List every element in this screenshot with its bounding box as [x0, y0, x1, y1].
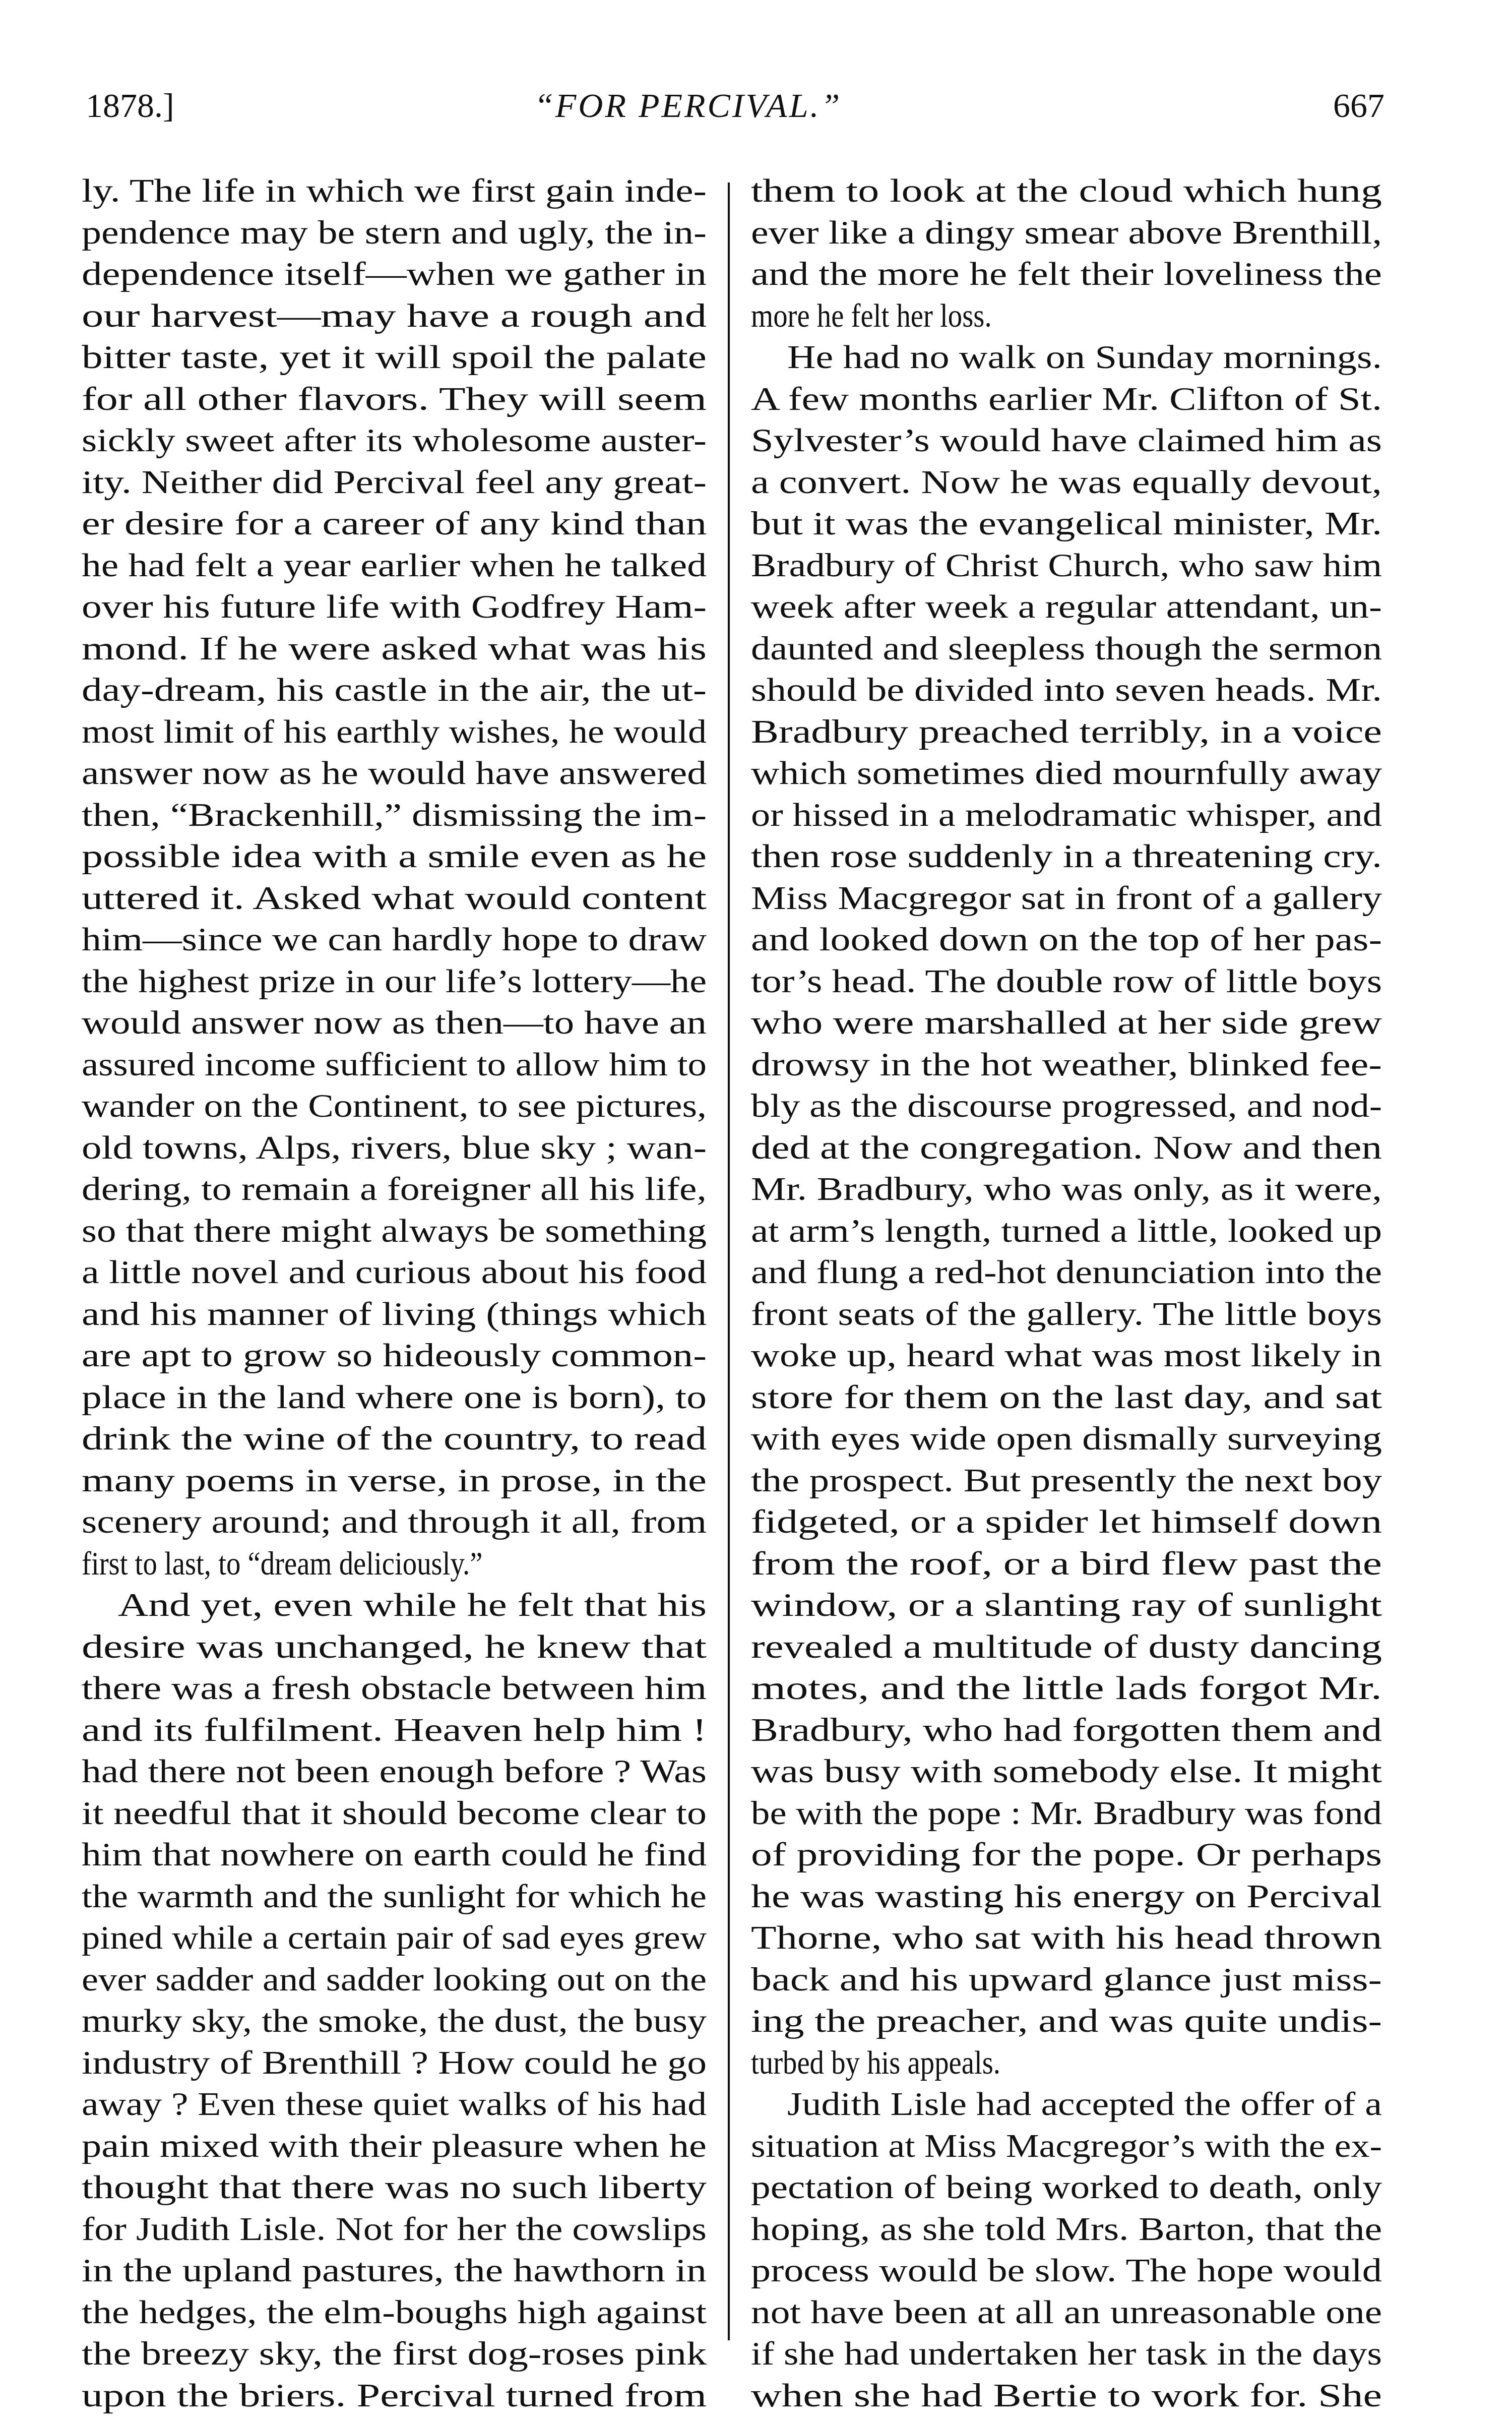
text-line: fidgeted, or a spider let himself down [751, 1501, 1382, 1543]
text-line: so that there might always be something [82, 1211, 707, 1252]
text-line: turbed by his appeals. [751, 2042, 1382, 2084]
text-line: window, or a slanting ray of sunlight [751, 1585, 1382, 1626]
right-column: them to look at the cloud which hungever… [751, 170, 1382, 2416]
text-line: who were marshalled at her side grew [751, 1002, 1382, 1044]
text-line: Miss Macgregor sat in front of a gallery [751, 878, 1382, 920]
text-line: he was wasting his energy on Percival [751, 1876, 1382, 1918]
text-line: thought that there was no such liberty [82, 2167, 707, 2209]
text-line: but it was the evangelical minister, Mr. [751, 503, 1382, 545]
text-line: of providing for the pope. Or perhaps [751, 1834, 1382, 1876]
text-line: there was a fresh obstacle between him [82, 1668, 707, 1710]
text-line: a convert. Now he was equally devout, [751, 462, 1382, 504]
text-line: upon the briers. Percival turned from [82, 2375, 707, 2417]
text-line: the prospect. But presently the next boy [751, 1460, 1382, 1502]
header-year: 1878.] [86, 86, 174, 126]
text-line: dependence itself—when we gather in [82, 254, 707, 295]
text-line: answer now as he would have answered [82, 753, 707, 795]
running-header: 1878.] “FOR PERCIVAL.” 667 [0, 76, 1512, 131]
text-line: murky sky, the smoke, the dust, the busy [82, 2001, 707, 2042]
text-line: pendence may be stern and ugly, the in- [82, 212, 707, 254]
text-line: ever like a dingy smear above Brenthill, [751, 212, 1382, 254]
text-line: it needful that it should become clear t… [82, 1793, 707, 1835]
text-line: possible idea with a smile even as he [82, 836, 707, 878]
text-line: hoping, as she told Mrs. Barton, that th… [751, 2209, 1382, 2251]
text-line: wander on the Continent, to see pictures… [82, 1085, 707, 1127]
text-line: should be divided into seven heads. Mr. [751, 670, 1382, 711]
header-title: “FOR PERCIVAL.” [534, 86, 842, 126]
text-line: desire was unchanged, he knew that [82, 1626, 707, 1668]
text-line: Judith Lisle had accepted the offer of a [751, 2084, 1382, 2126]
text-line: be with the pope : Mr. Bradbury was fond [751, 1793, 1382, 1835]
text-line: and its fulfilment. Heaven help him ! [82, 1710, 707, 1751]
text-line: first to last, to “dream deliciously.” [82, 1543, 707, 1585]
text-line: old towns, Alps, rivers, blue sky ; wan- [82, 1127, 707, 1169]
text-line: then rose suddenly in a threatening cry. [751, 836, 1382, 878]
text-line: and his manner of living (things which [82, 1294, 707, 1336]
text-line: pined while a certain pair of sad eyes g… [82, 1917, 707, 1959]
text-line: scenery around; and through it all, from [82, 1501, 707, 1543]
text-line: ing the preacher, and was quite undis- [751, 2001, 1382, 2042]
text-line: a little novel and curious about his foo… [82, 1252, 707, 1294]
text-line: week after week a regular attendant, un- [751, 586, 1382, 628]
text-line: A few months earlier Mr. Clifton of St. [751, 379, 1382, 420]
text-line: for Judith Lisle. Not for her the cowsli… [82, 2209, 707, 2251]
text-line: Bradbury, who had forgotten them and [751, 1710, 1382, 1751]
text-line: with eyes wide open dismally surveying [751, 1418, 1382, 1460]
text-line: ever sadder and sadder looking out on th… [82, 1959, 707, 2001]
text-line: the highest prize in our life’s lottery—… [82, 961, 707, 1003]
text-line: are apt to grow so hideously common- [82, 1335, 707, 1377]
text-line: and the more he felt their loveliness th… [751, 254, 1382, 295]
text-line: day-dream, his castle in the air, the ut… [82, 670, 707, 711]
text-line: at arm’s length, turned a little, looked… [751, 1211, 1382, 1252]
text-line: him that nowhere on earth could he find [82, 1834, 707, 1876]
text-line: him—since we can hardly hope to draw [82, 919, 707, 961]
column-divider [728, 183, 730, 2340]
text-line: which sometimes died mournfully away [751, 753, 1382, 795]
text-line: er desire for a career of any kind than [82, 503, 707, 545]
text-line: and flung a red-hot denunciation into th… [751, 1252, 1382, 1294]
text-line: from the roof, or a bird flew past the [751, 1543, 1382, 1585]
text-line: back and his upward glance just miss- [751, 1959, 1382, 2001]
text-line: store for them on the last day, and sat [751, 1377, 1382, 1419]
text-line: drink the wine of the country, to read [82, 1418, 707, 1460]
left-column: ly. The life in which we first gain inde… [82, 170, 707, 2416]
text-line: away ? Even these quiet walks of his had [82, 2084, 707, 2126]
text-line: assured income sufficient to allow him t… [82, 1044, 707, 1086]
text-line: most limit of his earthly wishes, he wou… [82, 711, 707, 753]
text-line: mond. If he were asked what was his [82, 628, 707, 670]
text-line: motes, and the little lads forgot Mr. [751, 1668, 1382, 1710]
text-line: then, “Brackenhill,” dismissing the im- [82, 795, 707, 836]
text-line: Thorne, who sat with his head thrown [751, 1917, 1382, 1959]
text-line: many poems in verse, in prose, in the [82, 1460, 707, 1502]
text-line: Bradbury of Christ Church, who saw him [751, 545, 1382, 587]
text-line: when she had Bertie to work for. She [751, 2375, 1382, 2417]
page-number: 667 [1333, 86, 1384, 126]
text-line: Bradbury preached terribly, in a voice [751, 711, 1382, 753]
text-line: front seats of the gallery. The little b… [751, 1294, 1382, 1336]
text-line: ded at the congregation. Now and then [751, 1127, 1382, 1169]
text-line: pectation of being worked to death, only [751, 2167, 1382, 2209]
text-line: was busy with somebody else. It might [751, 1751, 1382, 1793]
text-line: situation at Miss Macgregor’s with the e… [751, 2126, 1382, 2167]
text-line: sickly sweet after its wholesome auster- [82, 420, 707, 462]
text-line: had there not been enough before ? Was [82, 1751, 707, 1793]
text-line: the hedges, the elm-boughs high against [82, 2292, 707, 2334]
text-line: in the upland pastures, the hawthorn in [82, 2250, 707, 2292]
text-line: pain mixed with their pleasure when he [82, 2126, 707, 2167]
text-line: woke up, heard what was most likely in [751, 1335, 1382, 1377]
text-line: He had no walk on Sunday mornings. [751, 337, 1382, 379]
text-line: the warmth and the sunlight for which he [82, 1876, 707, 1918]
text-line: uttered it. Asked what would content [82, 878, 707, 920]
text-line: drowsy in the hot weather, blinked fee- [751, 1044, 1382, 1086]
text-line: ly. The life in which we first gain inde… [82, 170, 707, 212]
text-line: dering, to remain a foreigner all his li… [82, 1169, 707, 1211]
text-line: ity. Neither did Percival feel any great… [82, 462, 707, 504]
text-line: over his future life with Godfrey Ham- [82, 586, 707, 628]
text-line: process would be slow. The hope would [751, 2250, 1382, 2292]
text-line: for all other flavors. They will seem [82, 379, 707, 420]
text-line: would answer now as then—to have an [82, 1002, 707, 1044]
text-line: Sylvester’s would have claimed him as [751, 420, 1382, 462]
text-line: he had felt a year earlier when he talke… [82, 545, 707, 587]
text-line: Mr. Bradbury, who was only, as it were, [751, 1169, 1382, 1211]
text-line: bitter taste, yet it will spoil the pala… [82, 337, 707, 379]
text-line: daunted and sleepless though the sermon [751, 628, 1382, 670]
text-line: And yet, even while he felt that his [82, 1585, 707, 1626]
text-line: the breezy sky, the first dog-roses pink [82, 2333, 707, 2375]
text-line: if she had undertaken her task in the da… [751, 2333, 1382, 2375]
text-line: bly as the discourse progressed, and nod… [751, 1085, 1382, 1127]
text-line: industry of Brenthill ? How could he go [82, 2042, 707, 2084]
text-line: place in the land where one is born), to [82, 1377, 707, 1419]
text-line: revealed a multitude of dusty dancing [751, 1626, 1382, 1668]
text-line: not have been at all an unreasonable one [751, 2292, 1382, 2334]
text-line: them to look at the cloud which hung [751, 170, 1382, 212]
text-line: more he felt her loss. [751, 295, 1382, 337]
text-line: tor’s head. The double row of little boy… [751, 961, 1382, 1003]
text-line: our harvest—may have a rough and [82, 295, 707, 337]
text-line: or hissed in a melodramatic whisper, and [751, 795, 1382, 836]
text-line: and looked down on the top of her pas- [751, 919, 1382, 961]
